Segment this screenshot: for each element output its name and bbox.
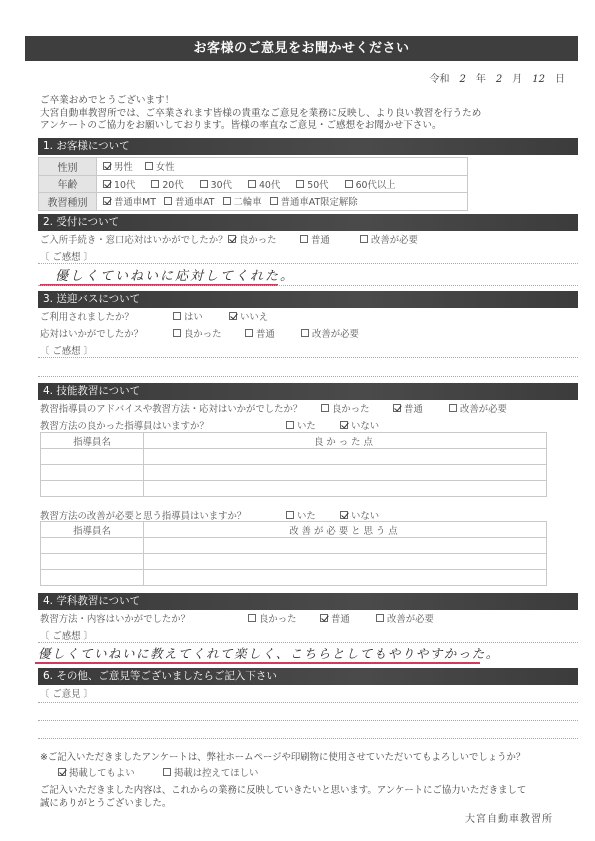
closing-line-1: ご記入いただきました内容は、これからの業務に反映していきたいと思います。アンケー… xyxy=(40,784,526,797)
bus-usage-no-checkbox[interactable]: いいえ xyxy=(229,309,268,323)
checkbox-empty-icon xyxy=(360,235,368,243)
gender-label: 性別 xyxy=(39,158,97,176)
course-at-checkbox[interactable]: 普通車AT xyxy=(164,194,215,208)
customer-info-table: 性別 男性 女性 年齢 10代 20代 30代 40代 50代 60代以上 教習… xyxy=(38,157,468,211)
checkbox-empty-icon xyxy=(248,614,256,622)
option-label: 改善が必要 xyxy=(387,611,434,625)
option-label: 20代 xyxy=(162,177,183,191)
checkbox-empty-icon xyxy=(151,180,159,188)
option-label: 普通 xyxy=(256,326,275,340)
other-comment-label: 〔 ご意見 〕 xyxy=(40,686,93,700)
checkbox-empty-icon xyxy=(296,180,304,188)
course-motorcycle-checkbox[interactable]: 二輪車 xyxy=(223,194,262,208)
bus-improve-checkbox[interactable]: 改善が必要 xyxy=(301,326,359,340)
good-instructor-question: 教習方法の良かった指導員はいますか？ xyxy=(40,418,286,432)
table-row xyxy=(41,538,547,554)
checkbox-empty-icon xyxy=(286,511,294,519)
reception-normal-checkbox[interactable]: 普通 xyxy=(300,232,360,246)
gender-row: 性別 男性 女性 xyxy=(39,158,468,176)
checkbox-empty-icon xyxy=(345,180,353,188)
improve-point-cell[interactable] xyxy=(144,554,547,570)
checkbox-empty-icon xyxy=(286,421,294,429)
consent-allow-checkbox[interactable]: 掲載してもよい xyxy=(58,765,163,779)
option-label: 30代 xyxy=(211,177,232,191)
option-label: 改善が必要 xyxy=(371,232,418,246)
checkbox-empty-icon xyxy=(301,329,309,337)
practical-instruction-row: 教習指導員のアドバイスや教習方法・応対はいかがでしたか？ 良かった 普通 改善が… xyxy=(40,401,507,415)
date-month-field[interactable]: 2 xyxy=(496,74,502,85)
table-row xyxy=(41,481,547,497)
checkbox-checked-icon xyxy=(340,511,348,519)
intro-text: ご卒業おめでとうございます！ 大宮自動車教習所では、ご卒業されます皆様の貴重なご… xyxy=(40,95,580,133)
bus-normal-checkbox[interactable]: 普通 xyxy=(245,326,301,340)
date-day-field[interactable]: 12 xyxy=(532,74,545,85)
reception-comment-field[interactable]: 優しくていねいに応対してくれた。 xyxy=(55,265,295,284)
age-40s-checkbox[interactable]: 40代 xyxy=(248,177,280,191)
bus-usage-yes-checkbox[interactable]: はい xyxy=(173,309,229,323)
other-comment-line-2[interactable] xyxy=(38,720,578,721)
instructor-name-cell[interactable] xyxy=(41,465,144,481)
reception-good-checkbox[interactable]: 良かった xyxy=(228,232,300,246)
gender-female-checkbox[interactable]: 女性 xyxy=(145,159,175,173)
option-label: 普通 xyxy=(404,401,423,415)
date-day-label: 日 xyxy=(555,70,565,85)
checkbox-empty-icon xyxy=(164,197,172,205)
checkbox-empty-icon xyxy=(270,197,278,205)
divider xyxy=(38,642,578,643)
table-row xyxy=(41,570,547,586)
checkbox-checked-icon xyxy=(103,162,111,170)
option-label: 良かった xyxy=(239,232,277,246)
section-2-header: 2. 受付について xyxy=(38,214,578,231)
option-label: 60代以上 xyxy=(356,177,396,191)
bus-comment-line-2[interactable] xyxy=(38,376,578,377)
checkbox-empty-icon xyxy=(173,329,181,337)
instructor-name-cell[interactable] xyxy=(41,554,144,570)
classroom-question-row: 教習方法・内容はいかがでしたか？ 良かった 普通 改善が必要 xyxy=(40,611,434,625)
reception-comment-label: 〔 ご感想 〕 xyxy=(40,249,93,263)
classroom-comment-field[interactable]: 優しくていねいに教えてくれて楽しく、こちらとしてもやりやすかった。 xyxy=(38,644,500,662)
date-year-field[interactable]: 2 xyxy=(460,74,466,85)
other-comment-line-3[interactable] xyxy=(38,738,578,739)
option-label: 良かった xyxy=(184,326,222,340)
option-label: 男性 xyxy=(114,159,133,173)
option-label: 掲載してもよい xyxy=(69,765,135,779)
course-type-label: 教習種別 xyxy=(39,193,97,211)
option-label: 10代 xyxy=(114,177,135,191)
bus-comment-line-1[interactable] xyxy=(38,357,578,358)
checkbox-checked-icon xyxy=(58,768,66,776)
age-label: 年齢 xyxy=(39,175,97,193)
checkbox-empty-icon xyxy=(321,404,329,412)
option-label: はい xyxy=(184,309,203,323)
option-label: いない xyxy=(351,508,379,522)
reception-question: ご入所手続き・窓口応対はいかがでしたか？ xyxy=(40,232,228,246)
checkbox-checked-icon xyxy=(229,312,237,320)
date-era: 令和 xyxy=(430,70,450,85)
checkbox-checked-icon xyxy=(103,197,111,205)
option-label: 普通 xyxy=(311,232,330,246)
section-4-header: 4. 技能教習について xyxy=(38,383,578,400)
checkbox-checked-icon xyxy=(393,404,401,412)
checkbox-empty-icon xyxy=(200,180,208,188)
checkbox-checked-icon xyxy=(103,180,111,188)
date-line: 令和 2 年 2 月 12 日 xyxy=(430,70,565,85)
bus-usage-question: ご利用されましたか？ xyxy=(40,309,173,323)
checkbox-empty-icon xyxy=(245,329,253,337)
age-10s-checkbox[interactable]: 10代 xyxy=(103,177,135,191)
practical-improve-checkbox[interactable]: 改善が必要 xyxy=(449,401,507,415)
checkbox-empty-icon xyxy=(248,180,256,188)
instructor-name-cell[interactable] xyxy=(41,538,144,554)
section-5-header: 4. 学科教習について xyxy=(38,593,578,610)
option-label: 普通車MT xyxy=(114,194,156,208)
improve-instructor-yes-checkbox[interactable]: いた xyxy=(286,508,340,522)
practical-normal-checkbox[interactable]: 普通 xyxy=(393,401,449,415)
good-instructor-table: 指導員名 良かった点 xyxy=(40,432,547,497)
table-row xyxy=(41,449,547,465)
consent-question: ※ご記入いただきましたアンケートは、弊社ホームページや印刷物に使用させていただい… xyxy=(40,751,525,764)
instructor-name-cell[interactable] xyxy=(41,570,144,586)
age-50s-checkbox[interactable]: 50代 xyxy=(296,177,328,191)
closing-line-2: 誠にありがとうございました。 xyxy=(40,797,526,810)
option-label: いいえ xyxy=(240,309,268,323)
section-3-header: 3. 送迎バスについて xyxy=(38,291,578,308)
option-label: 40代 xyxy=(259,177,280,191)
gender-male-checkbox[interactable]: 男性 xyxy=(103,159,133,173)
good-instructor-yes-checkbox[interactable]: いた xyxy=(286,418,340,432)
closing-text: ご記入いただきました内容は、これからの業務に反映していきたいと思います。アンケー… xyxy=(40,784,526,810)
option-label: 普通車AT限定解除 xyxy=(281,194,358,208)
good-instructor-no-checkbox[interactable]: いない xyxy=(340,418,379,432)
section-1-header: 1. お客様について xyxy=(38,138,578,155)
organization-name: 大宮自動車教習所 xyxy=(465,810,553,825)
checkbox-checked-icon xyxy=(340,421,348,429)
good-instructor-row: 教習方法の良かった指導員はいますか？ いた いない xyxy=(40,418,379,432)
good-point-cell[interactable] xyxy=(144,481,547,497)
bus-service-question: 応対はいかがでしたか？ xyxy=(40,326,173,340)
practical-good-checkbox[interactable]: 良かった xyxy=(321,401,393,415)
classroom-question: 教習方法・内容はいかがでしたか？ xyxy=(40,611,248,625)
improve-instructor-question: 教習方法の改善が必要と思う指導員はいますか？ xyxy=(40,508,286,522)
option-label: 二輪車 xyxy=(234,194,262,208)
age-60s-plus-checkbox[interactable]: 60代以上 xyxy=(345,177,396,191)
option-label: 改善が必要 xyxy=(312,326,359,340)
date-month-label: 月 xyxy=(512,70,522,85)
option-label: 50代 xyxy=(307,177,328,191)
reception-improve-checkbox[interactable]: 改善が必要 xyxy=(360,232,418,246)
option-label: 普通 xyxy=(331,611,350,625)
bus-comment-label: 〔 ご感想 〕 xyxy=(40,343,93,357)
checkbox-empty-icon xyxy=(449,404,457,412)
intro-line-2: 大宮自動車教習所では、ご卒業されます皆様の貴重なご意見を業務に反映し、より良い教… xyxy=(40,108,580,121)
improve-instructor-row: 教習方法の改善が必要と思う指導員はいますか？ いた いない xyxy=(40,508,379,522)
checkbox-checked-icon xyxy=(228,235,236,243)
course-at-unlock-checkbox[interactable]: 普通車AT限定解除 xyxy=(270,194,358,208)
option-label: 改善が必要 xyxy=(460,401,507,415)
other-comment-line-1[interactable] xyxy=(38,702,578,703)
section-6-header: 6. その他、ご意見等ございましたらご記入下さい xyxy=(38,668,578,685)
good-point-cell[interactable] xyxy=(144,465,547,481)
age-row: 年齢 10代 20代 30代 40代 50代 60代以上 xyxy=(39,175,468,193)
table-row xyxy=(41,554,547,570)
option-label: 女性 xyxy=(156,159,175,173)
age-20s-checkbox[interactable]: 20代 xyxy=(151,177,183,191)
comment-underline xyxy=(35,662,480,664)
option-label: いない xyxy=(351,418,379,432)
age-30s-checkbox[interactable]: 30代 xyxy=(200,177,232,191)
col-instructor-name: 指導員名 xyxy=(41,433,144,449)
col-improve-points: 改善が必要と思う点 xyxy=(144,522,547,538)
checkbox-empty-icon xyxy=(376,614,384,622)
intro-line-1: ご卒業おめでとうございます！ xyxy=(40,95,580,108)
course-type-row: 教習種別 普通車MT 普通車AT 二輪車 普通車AT限定解除 xyxy=(39,193,468,211)
improve-point-cell[interactable] xyxy=(144,570,547,586)
improve-point-cell[interactable] xyxy=(144,538,547,554)
intro-line-3: アンケートのご協力をお願いしております。皆様の率直なご意見・ご感想をお聞かせ下さ… xyxy=(40,120,580,133)
good-point-cell[interactable] xyxy=(144,449,547,465)
col-good-points: 良かった点 xyxy=(144,433,547,449)
bus-usage-row: ご利用されましたか？ はい いいえ xyxy=(40,309,268,323)
divider xyxy=(38,285,578,286)
option-label: 良かった xyxy=(332,401,370,415)
improve-instructor-table: 指導員名 改善が必要と思う点 xyxy=(40,521,547,586)
instructor-name-cell[interactable] xyxy=(41,449,144,465)
checkbox-empty-icon xyxy=(145,162,153,170)
classroom-good-checkbox[interactable]: 良かった xyxy=(248,611,320,625)
consent-decline-checkbox[interactable]: 掲載は控えてほしい xyxy=(163,765,258,779)
practical-instruction-question: 教習指導員のアドバイスや教習方法・応対はいかがでしたか？ xyxy=(40,401,321,415)
classroom-improve-checkbox[interactable]: 改善が必要 xyxy=(376,611,434,625)
instructor-name-cell[interactable] xyxy=(41,481,144,497)
classroom-comment-label: 〔 ご感想 〕 xyxy=(40,628,93,642)
divider xyxy=(38,263,578,264)
option-label: 良かった xyxy=(259,611,297,625)
improve-instructor-no-checkbox[interactable]: いない xyxy=(340,508,379,522)
course-mt-checkbox[interactable]: 普通車MT xyxy=(103,194,156,208)
checkbox-empty-icon xyxy=(173,312,181,320)
reception-question-row: ご入所手続き・窓口応対はいかがでしたか？ 良かった 普通 改善が必要 xyxy=(40,232,418,246)
checkbox-checked-icon xyxy=(320,614,328,622)
checkbox-empty-icon xyxy=(163,768,171,776)
option-label: 掲載は控えてほしい xyxy=(174,765,258,779)
page-title: お客様のご意見をお聞かせください xyxy=(25,36,578,61)
table-row xyxy=(41,465,547,481)
checkbox-empty-icon xyxy=(300,235,308,243)
date-year-label: 年 xyxy=(476,70,486,85)
option-label: いた xyxy=(297,508,316,522)
classroom-normal-checkbox[interactable]: 普通 xyxy=(320,611,376,625)
consent-options-row: 掲載してもよい 掲載は控えてほしい xyxy=(58,765,258,779)
checkbox-empty-icon xyxy=(223,197,231,205)
bus-good-checkbox[interactable]: 良かった xyxy=(173,326,245,340)
option-label: いた xyxy=(297,418,316,432)
col-instructor-name: 指導員名 xyxy=(41,522,144,538)
option-label: 普通車AT xyxy=(175,194,215,208)
bus-service-row: 応対はいかがでしたか？ 良かった 普通 改善が必要 xyxy=(40,326,359,340)
